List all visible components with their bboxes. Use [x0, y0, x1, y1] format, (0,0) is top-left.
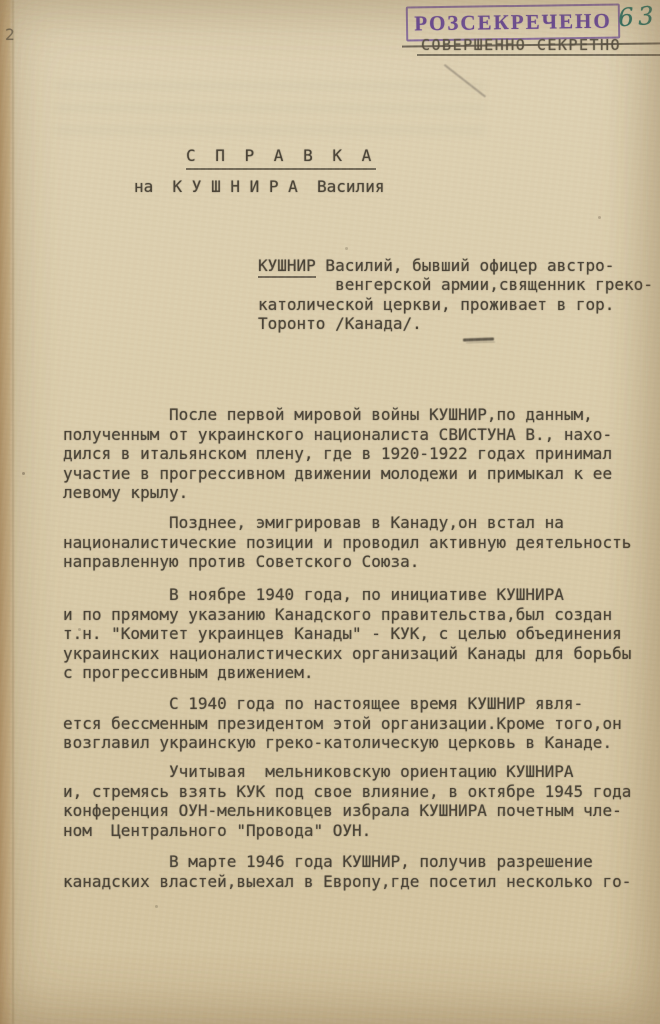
paragraph-6: В марте 1946 года КУШНИР, получив разреш… [63, 852, 660, 891]
paper-speckles [22, 472, 25, 475]
paragraph-3: В ноябре 1940 года, по инициативе КУШНИР… [63, 585, 660, 683]
document-subject-line: на К У Ш Н И Р А Василия [134, 177, 384, 196]
paragraph-2: Позднее, эмигрировав в Канаду,он встал н… [63, 513, 660, 572]
paragraph-1: После первой мировой войны КУШНИР,по дан… [63, 405, 660, 503]
classification-underline [417, 54, 660, 56]
separator-dash [463, 337, 494, 341]
intro-first-line-rest: Василий, бывший офицер австро- [316, 256, 615, 275]
document-title: С П Р А В К А [186, 146, 376, 170]
paragraph-4: С 1940 года по настоящее время КУШНИР яв… [63, 694, 660, 753]
declassified-stamp-text: РОЗСЕКРЕЧЕНО [414, 9, 612, 37]
page-corner-number: 2 [5, 25, 15, 44]
intro-first-line: КУШНИР Василий, бывший офицер австро- [258, 256, 614, 275]
scanned-document-page: 2 РОЗСЕКРЕЧЕНО 63 СОВЕРШЕННО СЕКРЕТНО С … [0, 0, 660, 1024]
handwritten-page-number: 63 [617, 1, 659, 33]
paragraph-5: Учитывая мельниковскую ориентацию КУШНИР… [63, 762, 660, 840]
intro-block: венгерской армии,священник греко- католи… [258, 275, 653, 334]
paper-fold-line [12, 0, 14, 1024]
ink-bleed-through [55, 72, 485, 134]
